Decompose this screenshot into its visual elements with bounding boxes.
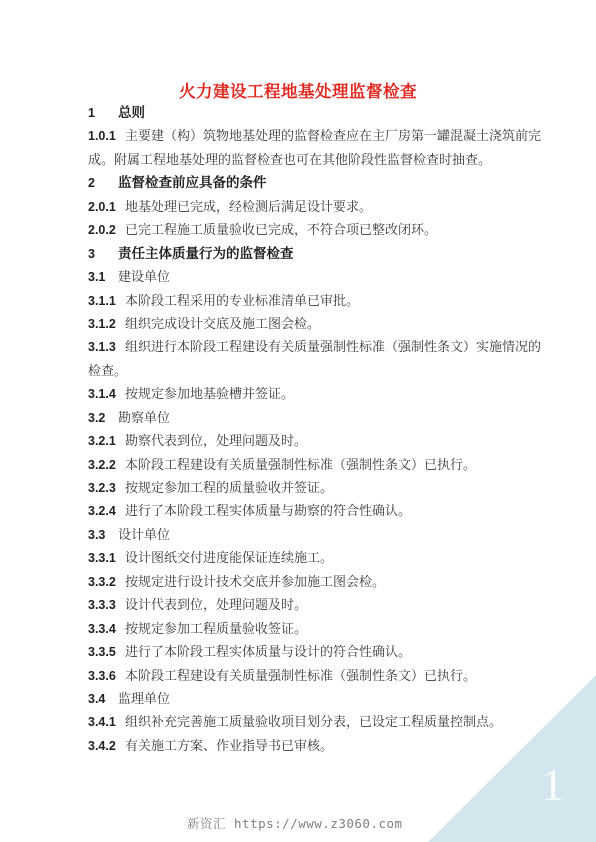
clause-text: 勘察单位 [118,410,170,425]
subsection-heading: 3.3设计单位 [88,523,558,546]
clause-number: 3.1 [88,266,118,289]
clause-text: 进行了本阶段工程实体质量与勘察的符合性确认。 [125,503,411,518]
clause-number: 1.0.1 [88,125,125,148]
subsection-heading: 3.2勘察单位 [88,406,558,429]
page-number: 1 [541,762,564,808]
footer-watermark: 新资汇 https://www.z3060.com [187,814,403,832]
clause-text: 按规定参加地基验槽并签证。 [125,386,294,401]
section-heading: 1总则 [88,101,558,124]
clause-number: 3.3.6 [88,665,125,688]
clause-line: 1.0.1主要建（构）筑物地基处理的监督检查应在主厂房第一罐混凝土浇筑前完 [88,124,558,147]
clause-number: 3.4.1 [88,711,125,734]
clause-text: 进行了本阶段工程实体质量与设计的符合性确认。 [125,644,411,659]
clause-text: 组织补充完善施工质量验收项目划分表，已设定工程质量控制点。 [125,714,502,729]
clause-line: 3.3.6本阶段工程建设有关质量强制性标准（强制性条文）已执行。 [88,664,558,687]
clause-line: 3.2.2本阶段工程建设有关质量强制性标准（强制性条文）已执行。 [88,453,558,476]
clause-text: 设计图纸交付进度能保证连续施工。 [125,550,333,565]
clause-text: 建设单位 [118,269,170,284]
document-content: 1总则1.0.1主要建（构）筑物地基处理的监督检查应在主厂房第一罐混凝土浇筑前完… [88,101,558,757]
clause-line: 3.4.1组织补充完善施工质量验收项目划分表，已设定工程质量控制点。 [88,710,558,733]
clause-number: 3.4.2 [88,735,125,758]
clause-number: 3.3 [88,524,118,547]
clause-text: 地基处理已完成，经检测后满足设计要求。 [125,199,372,214]
clause-text: 勘察代表到位，处理问题及时。 [125,433,307,448]
clause-line: 3.2.4进行了本阶段工程实体质量与勘察的符合性确认。 [88,499,558,522]
clause-number: 2.0.1 [88,196,125,219]
clause-line: 3.3.4按规定参加工程质量验收签证。 [88,617,558,640]
clause-number: 1 [88,102,118,125]
clause-number: 3.4 [88,688,118,711]
clause-line: 3.1.3组织进行本阶段工程建设有关质量强制性标准（强制性条文）实施情况的 [88,335,558,358]
clause-text: 有关施工方案、作业指导书已审核。 [125,738,333,753]
clause-number: 3.3.2 [88,571,125,594]
clause-continuation-line: 成。附属工程地基处理的监督检查也可在其他阶段性监督检查时抽查。 [88,148,558,171]
clause-number: 3.3.1 [88,547,125,570]
clause-text: 监理单位 [118,691,170,706]
clause-text: 组织进行本阶段工程建设有关质量强制性标准（强制性条文）实施情况的 [125,339,541,354]
clause-number: 2.0.2 [88,219,125,242]
document-page: 火力建设工程地基处理监督检查 1总则1.0.1主要建（构）筑物地基处理的监督检查… [0,0,596,842]
clause-text: 本阶段工程建设有关质量强制性标准（强制性条文）已执行。 [125,457,476,472]
clause-text: 主要建（构）筑物地基处理的监督检查应在主厂房第一罐混凝土浇筑前完 [125,128,541,143]
clause-text: 已完工程施工质量验收已完成，不符合项已整改闭环。 [125,222,437,237]
clause-number: 3.2.1 [88,430,125,453]
clause-text: 责任主体质量行为的监督检查 [118,246,294,261]
clause-number: 3.1.3 [88,336,125,359]
subsection-heading: 3.4监理单位 [88,687,558,710]
clause-line: 3.2.3按规定参加工程的质量验收并签证。 [88,476,558,499]
clause-number: 3.2.4 [88,500,125,523]
clause-number: 3.2.2 [88,454,125,477]
clause-line: 3.3.2按规定进行设计技术交底并参加施工图会检。 [88,570,558,593]
clause-text: 按规定参加工程质量验收签证。 [125,621,307,636]
clause-text: 总则 [118,105,145,120]
subsection-heading: 3.1建设单位 [88,265,558,288]
clause-line: 3.1.2组织完成设计交底及施工图会检。 [88,312,558,335]
clause-number: 3.3.3 [88,594,125,617]
document-title: 火力建设工程地基处理监督检查 [0,78,596,102]
clause-line: 3.2.1勘察代表到位，处理问题及时。 [88,429,558,452]
clause-line: 3.3.1设计图纸交付进度能保证连续施工。 [88,546,558,569]
clause-text: 监督检查前应具备的条件 [118,175,267,190]
clause-line: 3.3.5进行了本阶段工程实体质量与设计的符合性确认。 [88,640,558,663]
clause-text: 成。附属工程地基处理的监督检查也可在其他阶段性监督检查时抽查。 [88,152,491,167]
clause-continuation-line: 检查。 [88,359,558,382]
clause-text: 按规定参加工程的质量验收并签证。 [125,480,333,495]
clause-number: 3.3.4 [88,618,125,641]
clause-number: 3.3.5 [88,641,125,664]
clause-number: 3.2 [88,407,118,430]
clause-text: 本阶段工程建设有关质量强制性标准（强制性条文）已执行。 [125,668,476,683]
clause-number: 3.1.4 [88,383,125,406]
clause-line: 3.3.3设计代表到位，处理问题及时。 [88,593,558,616]
clause-number: 3.2.3 [88,477,125,500]
clause-line: 2.0.2已完工程施工质量验收已完成，不符合项已整改闭环。 [88,218,558,241]
clause-text: 检查。 [88,363,127,378]
clause-text: 按规定进行设计技术交底并参加施工图会检。 [125,574,385,589]
clause-text: 组织完成设计交底及施工图会检。 [125,316,320,331]
clause-number: 3.1.1 [88,290,125,313]
clause-number: 3 [88,243,118,266]
clause-line: 2.0.1地基处理已完成，经检测后满足设计要求。 [88,195,558,218]
clause-line: 3.4.2有关施工方案、作业指导书已审核。 [88,734,558,757]
clause-text: 设计代表到位，处理问题及时。 [125,597,307,612]
section-heading: 2监督检查前应具备的条件 [88,171,558,194]
clause-text: 本阶段工程采用的专业标准清单已审批。 [125,293,359,308]
clause-text: 设计单位 [118,527,170,542]
clause-line: 3.1.4按规定参加地基验槽并签证。 [88,382,558,405]
clause-line: 3.1.1本阶段工程采用的专业标准清单已审批。 [88,289,558,312]
clause-number: 3.1.2 [88,313,125,336]
section-heading: 3责任主体质量行为的监督检查 [88,242,558,265]
clause-number: 2 [88,172,118,195]
